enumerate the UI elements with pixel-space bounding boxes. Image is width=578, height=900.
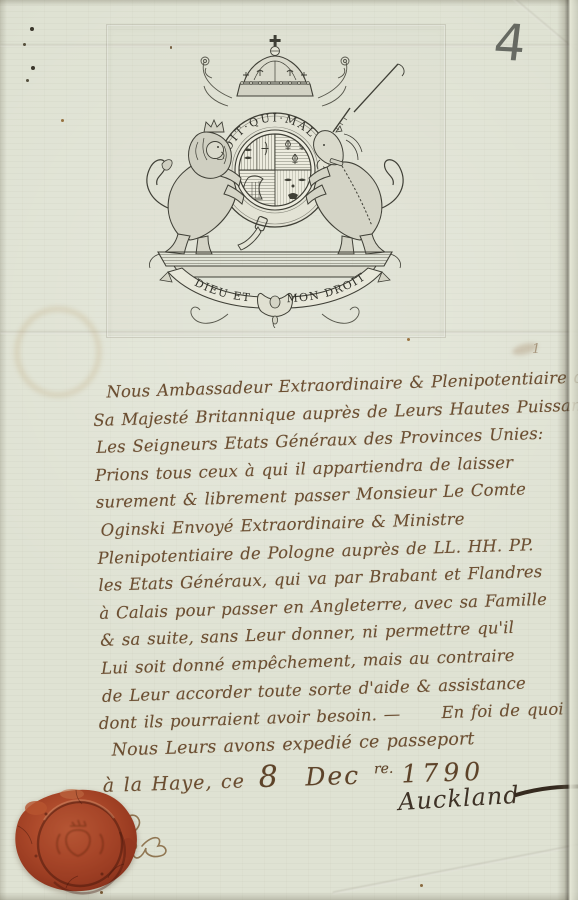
foxing-speck: [23, 43, 26, 46]
royal-coat-of-arms-engraving: HONI·SOIT·QUI·MAL·Y·PENSE: [108, 28, 442, 328]
foxing-speck: [26, 79, 29, 82]
date-superscript: re.: [374, 761, 394, 778]
foxing-speck: [61, 119, 64, 122]
date-day: 8: [258, 760, 280, 796]
paper-edge-right: [557, 0, 578, 900]
foxing-speck: [407, 338, 410, 341]
passport-document-scan: HONI·SOIT·QUI·MAL·Y·PENSE: [0, 0, 578, 900]
paper-crease: [332, 840, 578, 894]
foxing-speck: [420, 884, 423, 887]
date-month: Dec: [293, 761, 360, 792]
red-wax-seal: [6, 786, 146, 900]
stain-ring: [14, 306, 102, 398]
faint-margin-mark: 1: [532, 342, 540, 357]
signature-name: Auckland: [397, 781, 520, 816]
paper-edge-left: [0, 0, 7, 900]
foxing-speck: [30, 27, 34, 31]
archival-pencil-number: 4: [491, 13, 530, 73]
manuscript-body: Nous Ambassadeur Extraordinaire & Plenip…: [92, 364, 575, 799]
royal-shield: [239, 134, 311, 206]
crown-icon: [237, 35, 313, 96]
paper-edge-top: [0, 0, 578, 6]
foxing-speck: [31, 66, 35, 70]
unicorn-supporter-icon: [306, 64, 404, 254]
